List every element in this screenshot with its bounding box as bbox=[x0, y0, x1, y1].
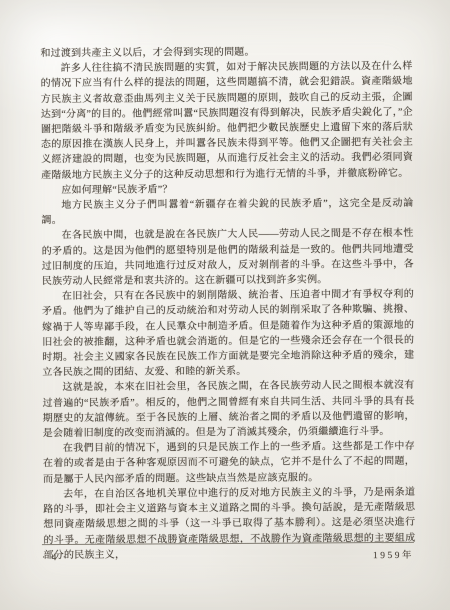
text-block: 和过渡到共產主义以后，才会得到实现的問題。 許多人往往搞不清民族問題的实質，如对… bbox=[40, 44, 415, 563]
paragraph: 在各民族中間，也就是說在各民族广大人民——劳动人民之間是不存在根本性的矛盾的。这… bbox=[42, 226, 414, 289]
paragraph: 在旧社会，只有在各民族中的剝削階級、統治者、压迫者中間才有爭权夺利的矛盾。他們为… bbox=[42, 287, 415, 380]
paragraph: 許多人往往搞不清民族問題的实質，如对于解决民族問題的方法以及在什么样的情况下应当… bbox=[41, 59, 414, 183]
scanned-document-page: 和过渡到共產主义以后，才会得到实现的問題。 許多人往往搞不清民族問題的实質，如对… bbox=[0, 0, 450, 610]
paragraph: 地方民族主义分子們叫囂着“新疆存在着尖銳的民族矛盾”，这完全是反动論調。 bbox=[41, 196, 413, 229]
paragraph: 这就是說，本來在旧社会里，各民族之間，在各民族劳动人民之間根本就沒有过普遍的“民… bbox=[42, 378, 414, 441]
paragraph: 在我們目前的情况下，遇到的只是民族工作上的一些矛盾。这些都是工作中存在着的或者是… bbox=[43, 439, 415, 487]
page-number: · 4 · bbox=[42, 553, 68, 563]
footer-year: 1959年 bbox=[373, 547, 414, 561]
page-footer: · 4 · 1959年 bbox=[42, 542, 414, 563]
